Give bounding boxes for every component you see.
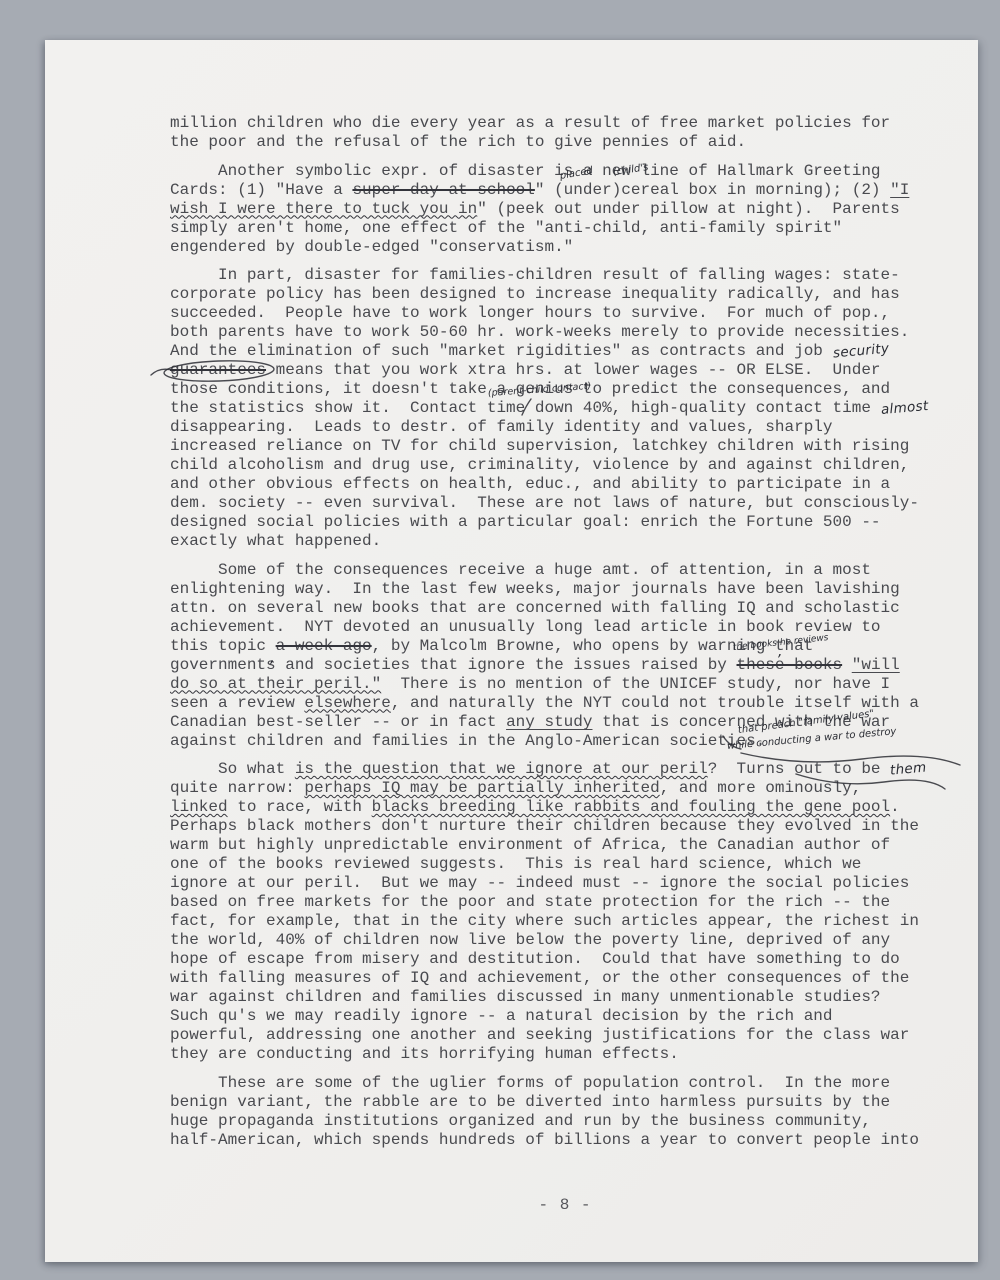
typed-line: And the elimination of such "market rigi… <box>170 342 960 361</box>
typed-text-segment <box>842 656 852 674</box>
typed-line: warm but highly unpredictable environmen… <box>170 836 960 855</box>
typed-text-segment: is the question that we ignore at our pe… <box>295 760 708 778</box>
typed-text-segment: super day at school <box>352 181 534 199</box>
typed-text-segment: In part, disaster for families-children … <box>170 266 900 284</box>
typed-text-segment: huge propaganda institutions organized a… <box>170 1112 871 1130</box>
typed-text-segment: disappearing. Leads to destr. of family … <box>170 418 833 436</box>
typed-text-segment: these books <box>737 656 843 674</box>
typed-line: against children and families in the Ang… <box>170 732 960 751</box>
typed-line: with falling measures of IQ and achievem… <box>170 969 960 988</box>
typed-line: Some of the consequences receive a huge … <box>170 561 960 580</box>
typed-text-segment: they are conducting and its horrifying h… <box>170 1045 679 1063</box>
typed-text-segment: those conditions, it doesn't take a geni… <box>170 380 890 398</box>
typed-text-segment: Cards: (1) "Have a <box>170 181 352 199</box>
typed-text-segment: do so at their peril." <box>170 675 381 693</box>
typed-text-segment: "I <box>890 181 909 199</box>
typed-line: powerful, addressing one another and see… <box>170 1026 960 1045</box>
paragraph-3: In part, disaster for families-children … <box>170 266 960 551</box>
typed-line: These are some of the uglier forms of po… <box>170 1074 960 1093</box>
typed-text-segment: blacks breeding like rabbits and fouling… <box>372 798 890 816</box>
typed-line: the poor and the refusal of the rich to … <box>170 133 960 152</box>
typed-line: governments and societies that ignore th… <box>170 656 960 675</box>
typed-line: enlightening way. In the last few weeks,… <box>170 580 960 599</box>
typed-text-segment: exactly what happened. <box>170 532 381 550</box>
typed-line: this topic a week ago, by Malcolm Browne… <box>170 637 960 656</box>
typed-line: the world, 40% of children now live belo… <box>170 931 960 950</box>
typed-text-segment: quite narrow: <box>170 779 304 797</box>
typed-text-segment: war against children and families discus… <box>170 988 881 1006</box>
handwritten-word: security <box>832 340 890 364</box>
typed-line: succeeded. People have to work longer ho… <box>170 304 960 323</box>
typed-line: both parents have to work 50-60 hr. work… <box>170 323 960 342</box>
typed-text-segment: Another symbolic expr. of disaster is a … <box>170 162 881 180</box>
typed-text-segment: engendered by double-edged "conservatism… <box>170 238 573 256</box>
document-page: million children who die every year as a… <box>45 40 978 1262</box>
typed-line: Another symbolic expr. of disaster is a … <box>170 162 960 181</box>
typed-text-segment: achievement. NYT devoted an unusually lo… <box>170 618 881 636</box>
typed-text-segment: the world, 40% of children now live belo… <box>170 931 890 949</box>
typed-text-segment: seen a review <box>170 694 304 712</box>
typed-text-segment: There is no mention of the UNICEF study,… <box>381 675 890 693</box>
typed-line: they are conducting and its horrifying h… <box>170 1045 960 1064</box>
typed-line: linked to race, with blacks breeding lik… <box>170 798 960 817</box>
typed-text-segment: based on free markets for the poor and s… <box>170 893 890 911</box>
typed-text-segment: succeeded. People have to work longer ho… <box>170 304 890 322</box>
typed-line: exactly what happened. <box>170 532 960 551</box>
typed-text-segment: , and more ominously, <box>660 779 862 797</box>
typed-line: wish I were there to tuck you in" (peek … <box>170 200 960 219</box>
typed-text-segment: against children and families in the Ang… <box>170 732 765 750</box>
paragraph-6: These are some of the uglier forms of po… <box>170 1074 960 1150</box>
typed-line: half-American, which spends hundreds of … <box>170 1131 960 1150</box>
typed-line: increased reliance on TV for child super… <box>170 437 960 456</box>
typed-text-segment: that is concerned with the war <box>592 713 890 731</box>
typed-text-segment: Such qu's we may readily ignore -- a nat… <box>170 1007 833 1025</box>
typed-text-segment: hope of escape from misery and destituti… <box>170 950 900 968</box>
typed-text-segment: " (under)cereal box in morning); (2) <box>535 181 890 199</box>
typed-text-segment: enlightening way. In the last few weeks,… <box>170 580 900 598</box>
typed-text-segment: Perhaps black mothers don't nurture thei… <box>170 817 919 835</box>
typed-text-segment: both parents have to work 50-60 hr. work… <box>170 323 909 341</box>
typed-text-segment: this topic <box>170 637 276 655</box>
typed-line: hope of escape from misery and destituti… <box>170 950 960 969</box>
typed-line: based on free markets for the poor and s… <box>170 893 960 912</box>
typed-line: engendered by double-edged "conservatism… <box>170 238 960 257</box>
typed-text-segment: a week ago <box>276 637 372 655</box>
typed-text-segment: , by Malcolm Browne, who opens by warnin… <box>372 637 814 655</box>
typed-text-segment: simply aren't home, one effect of the "a… <box>170 219 842 237</box>
typed-line: million children who die every year as a… <box>170 114 960 133</box>
typed-line: corporate policy has been designed to in… <box>170 285 960 304</box>
typed-text-segment: Some of the consequences receive a huge … <box>170 561 871 579</box>
page-number: - 8 - <box>170 1196 960 1214</box>
paragraph-2: Another symbolic expr. of disaster is a … <box>170 162 960 257</box>
typed-line: fact, for example, that in the city wher… <box>170 912 960 931</box>
typed-text-segment: guarantees <box>170 361 266 379</box>
handwritten-word: them <box>889 758 927 780</box>
typed-line: one of the books reviewed suggests. This… <box>170 855 960 874</box>
typed-text-segment: wish I were there to tuck you in <box>170 200 477 218</box>
typed-line: benign variant, the rabble are to be div… <box>170 1093 960 1112</box>
typed-line: and other obvious effects on health, edu… <box>170 475 960 494</box>
typed-text-segment: perhaps IQ may be partially inherited <box>304 779 659 797</box>
typed-text-segment: million children who die every year as a… <box>170 114 890 132</box>
paragraph-1: million children who die every year as a… <box>170 114 960 152</box>
typed-line: attn. on several new books that are conc… <box>170 599 960 618</box>
typed-text-segment: one of the books reviewed suggests. This… <box>170 855 861 873</box>
typed-line: the statistics show it. Contact time dow… <box>170 399 960 418</box>
typed-text-segment: ? Turns out to be <box>708 760 890 778</box>
typed-line: Cards: (1) "Have a super day at school" … <box>170 181 960 200</box>
typed-text-segment: corporate policy has been designed to in… <box>170 285 900 303</box>
handwritten-word: almost <box>880 397 929 420</box>
typed-line: war against children and families discus… <box>170 988 960 1007</box>
typed-text-segment: And the elimination of such "market rigi… <box>170 342 833 360</box>
typed-text-segment: the poor and the refusal of the rich to … <box>170 133 746 151</box>
typed-text-segment: to race, with <box>228 798 372 816</box>
typed-text-segment: So what <box>170 760 295 778</box>
typed-text-segment: benign variant, the rabble are to be div… <box>170 1093 890 1111</box>
typed-line: ignore at our peril. But we may -- indee… <box>170 874 960 893</box>
typed-line: designed social policies with a particul… <box>170 513 960 532</box>
typed-text-segment: any study <box>506 713 592 731</box>
typed-text-segment: Canadian best-seller -- or in fact <box>170 713 506 731</box>
typed-text-segment: means that you work xtra hrs. at lower w… <box>266 361 881 379</box>
typed-text-segment: dem. society -- even survival. These are… <box>170 494 919 512</box>
typed-line: guarantees means that you work xtra hrs.… <box>170 361 960 380</box>
typed-line: simply aren't home, one effect of the "a… <box>170 219 960 238</box>
scanned-document-background: million children who die every year as a… <box>0 0 1000 1280</box>
typed-text-segment: , and naturally the NYT could not troubl… <box>391 694 919 712</box>
typed-line: In part, disaster for families-children … <box>170 266 960 285</box>
typed-text-segment: " (peek out under pillow at night). Pare… <box>477 200 899 218</box>
typed-line: do so at their peril." There is no menti… <box>170 675 960 694</box>
paragraph-5: So what is the question that we ignore a… <box>170 760 960 1064</box>
typed-text-segment: governments and societies that ignore th… <box>170 656 737 674</box>
typed-line: those conditions, it doesn't take a geni… <box>170 380 960 399</box>
typed-text-segment: designed social policies with a particul… <box>170 513 881 531</box>
typed-line: huge propaganda institutions organized a… <box>170 1112 960 1131</box>
typed-line: child alcoholism and drug use, criminali… <box>170 456 960 475</box>
typed-text-segment: increased reliance on TV for child super… <box>170 437 909 455</box>
typed-text-segment: the statistics show it. Contact time dow… <box>170 399 881 417</box>
typed-text-segment: "will <box>852 656 900 674</box>
paragraph-4: Some of the consequences receive a huge … <box>170 561 960 751</box>
typed-text-segment: powerful, addressing one another and see… <box>170 1026 909 1044</box>
typed-line: So what is the question that we ignore a… <box>170 760 960 779</box>
typed-text-segment: half-American, which spends hundreds of … <box>170 1131 919 1149</box>
typed-text-segment: . <box>890 798 900 816</box>
typed-text-block: million children who die every year as a… <box>170 114 960 1159</box>
typed-text-segment: elsewhere <box>304 694 390 712</box>
typed-text-segment: with falling measures of IQ and achievem… <box>170 969 909 987</box>
typed-line: seen a review elsewhere, and naturally t… <box>170 694 960 713</box>
typed-text-segment: linked <box>170 798 228 816</box>
typed-line: quite narrow: perhaps IQ may be partiall… <box>170 779 960 798</box>
typed-line: Such qu's we may readily ignore -- a nat… <box>170 1007 960 1026</box>
typed-text-segment: attn. on several new books that are conc… <box>170 599 900 617</box>
typed-text-segment: fact, for example, that in the city wher… <box>170 912 919 930</box>
typed-text-segment: ignore at our peril. But we may -- indee… <box>170 874 909 892</box>
typed-text-segment: child alcoholism and drug use, criminali… <box>170 456 909 474</box>
typed-line: dem. society -- even survival. These are… <box>170 494 960 513</box>
typed-text-segment: and other obvious effects on health, edu… <box>170 475 890 493</box>
typed-line: disappearing. Leads to destr. of family … <box>170 418 960 437</box>
typed-line: achievement. NYT devoted an unusually lo… <box>170 618 960 637</box>
typed-text-segment: These are some of the uglier forms of po… <box>170 1074 890 1092</box>
typed-line: Canadian best-seller -- or in fact any s… <box>170 713 960 732</box>
typed-line: Perhaps black mothers don't nurture thei… <box>170 817 960 836</box>
typed-text-segment: warm but highly unpredictable environmen… <box>170 836 890 854</box>
